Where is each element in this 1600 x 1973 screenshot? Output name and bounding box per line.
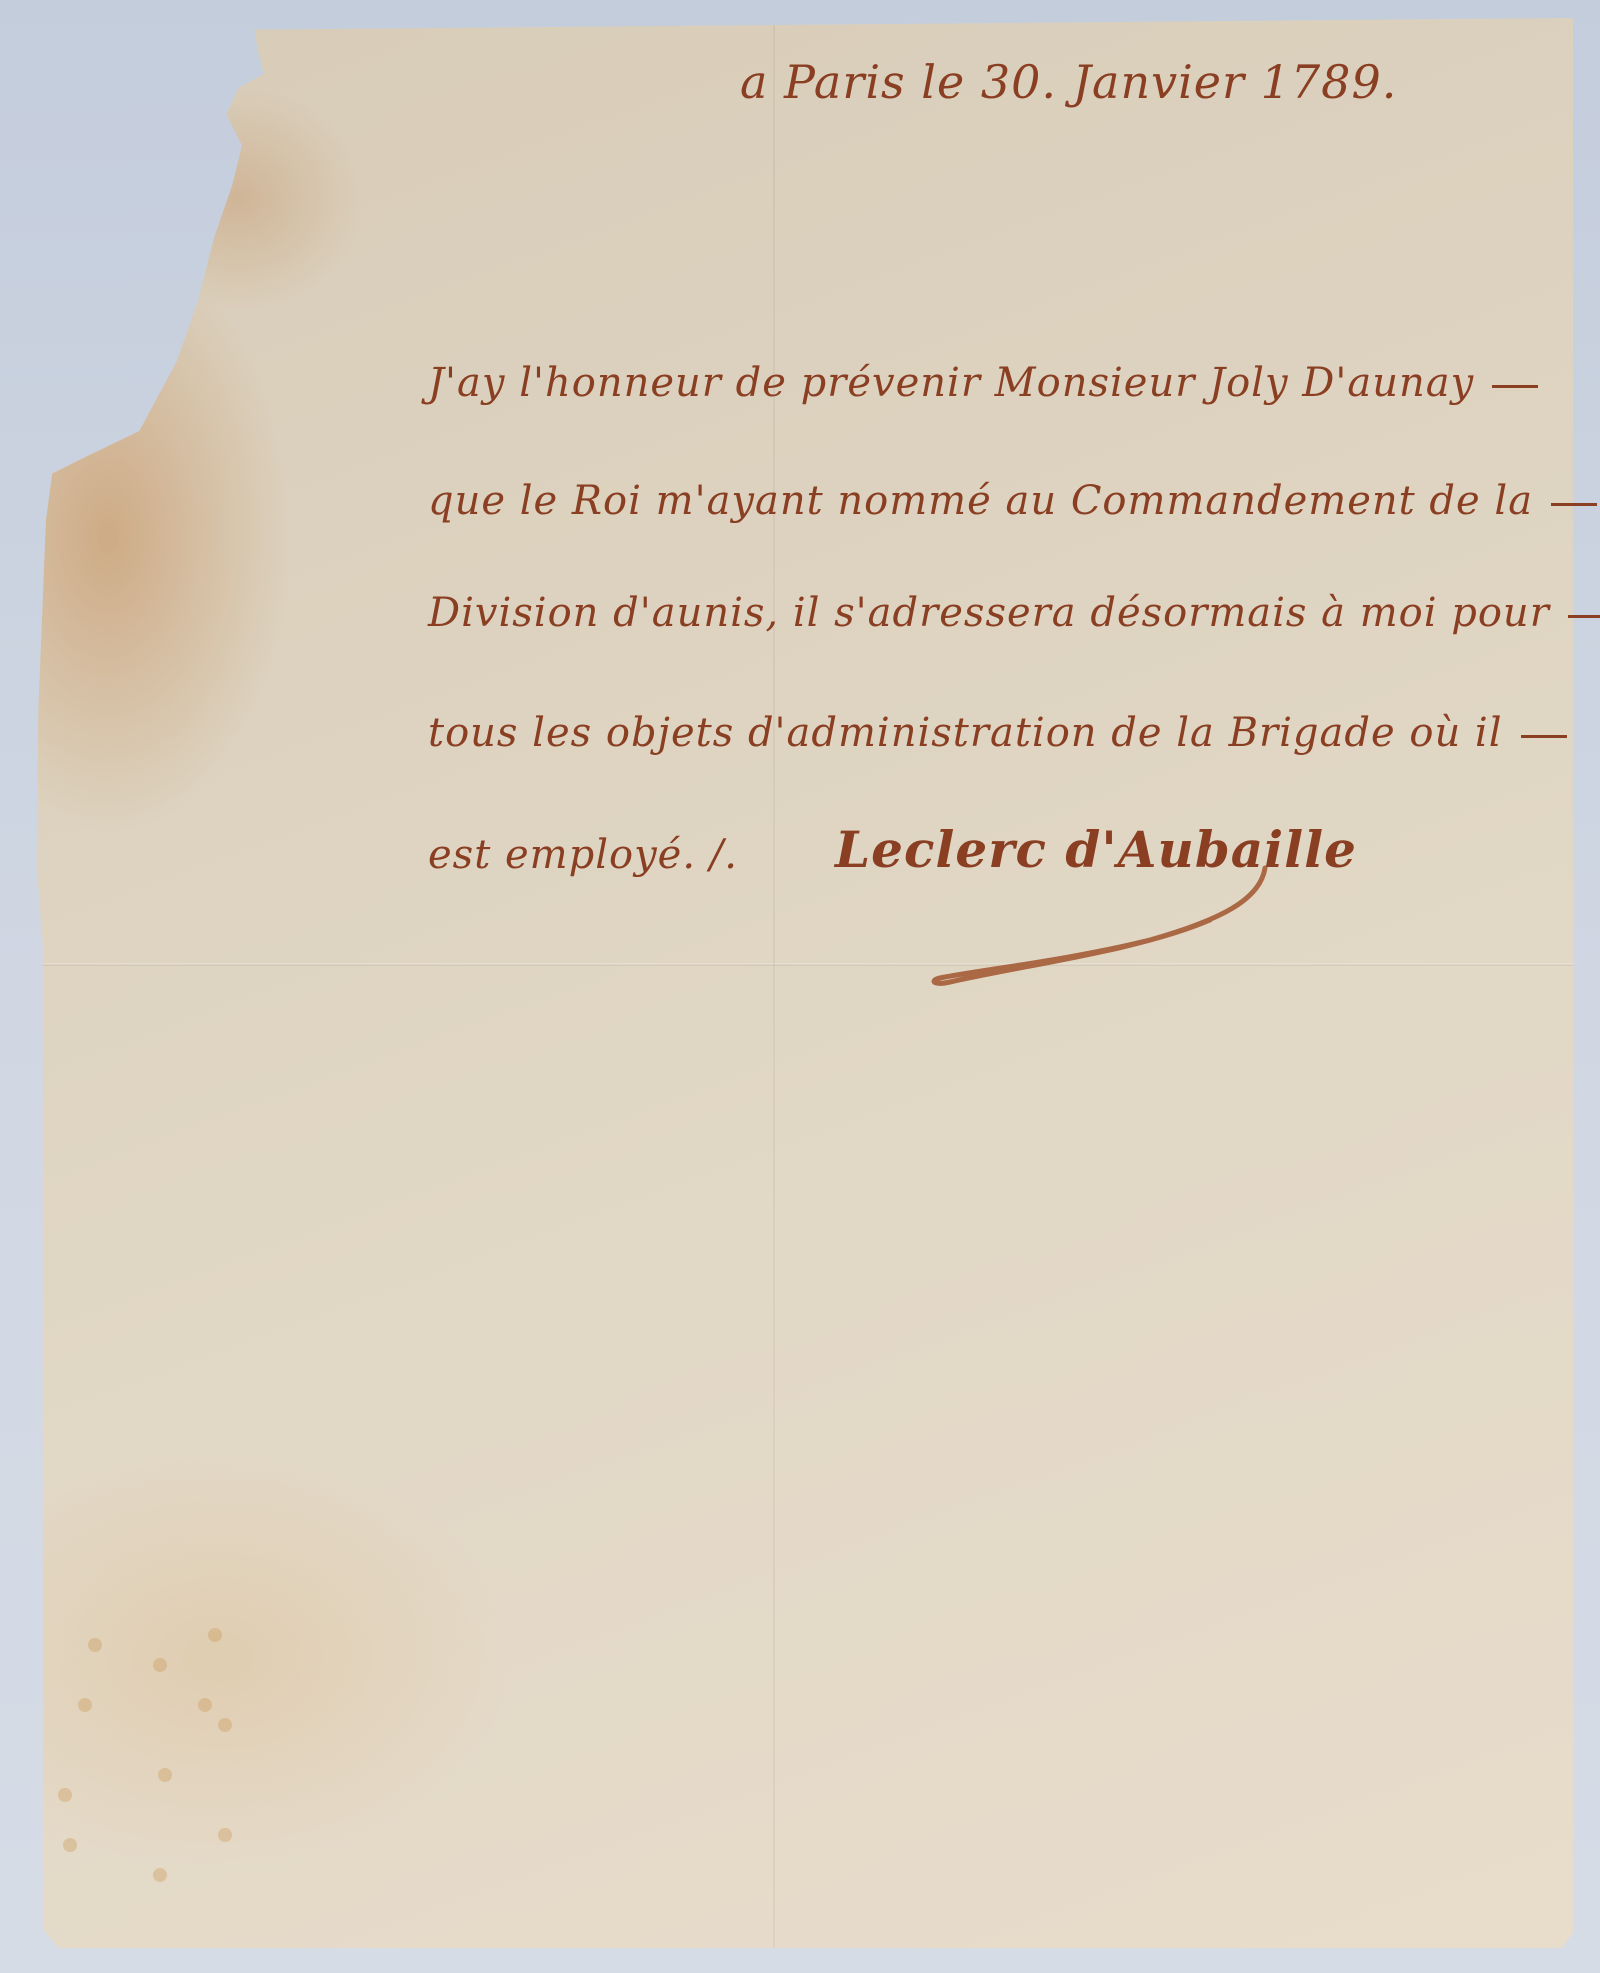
line-text: tous les objets d'administration de la B…	[428, 710, 1503, 756]
letter-sheet	[18, 18, 1573, 1948]
line-filler-dash	[1492, 385, 1538, 388]
letter-body-line-5: est employé. /.	[428, 832, 738, 878]
letter-dateline: a Paris le 30. Janvier 1789.	[740, 55, 1397, 109]
vertical-fold-crease	[773, 18, 775, 1948]
foxing-stain	[153, 1658, 167, 1672]
foxing-stain	[88, 1638, 102, 1652]
foxing-stain	[218, 1718, 232, 1732]
signature-flourish-icon	[920, 860, 1300, 990]
letter-body-line-2: que le Roi m'ayant nommé au Commandement…	[428, 478, 1597, 524]
line-filler-dash	[1521, 735, 1567, 738]
foxing-stain	[58, 1788, 72, 1802]
line-text: J'ay l'honneur de prévenir Monsieur Joly…	[428, 360, 1474, 406]
foxing-stain	[78, 1698, 92, 1712]
letter-body-line-3: Division d'aunis, il s'adressera désorma…	[428, 590, 1600, 636]
line-filler-dash	[1568, 615, 1600, 618]
foxing-stain	[153, 1868, 167, 1882]
foxing-stain	[158, 1768, 172, 1782]
foxing-stain	[63, 1838, 77, 1852]
foxing-stain	[218, 1828, 232, 1842]
letter-body-line-4: tous les objets d'administration de la B…	[428, 710, 1567, 756]
line-text: Division d'aunis, il s'adressera désorma…	[428, 590, 1550, 636]
line-filler-dash	[1551, 503, 1597, 506]
horizontal-fold-crease	[18, 963, 1573, 966]
line-text: est employé. /.	[428, 832, 738, 878]
foxing-stain	[208, 1628, 222, 1642]
letter-body-line-1: J'ay l'honneur de prévenir Monsieur Joly…	[428, 360, 1538, 406]
foxing-stain	[198, 1698, 212, 1712]
line-text: que le Roi m'ayant nommé au Commandement…	[428, 478, 1533, 524]
